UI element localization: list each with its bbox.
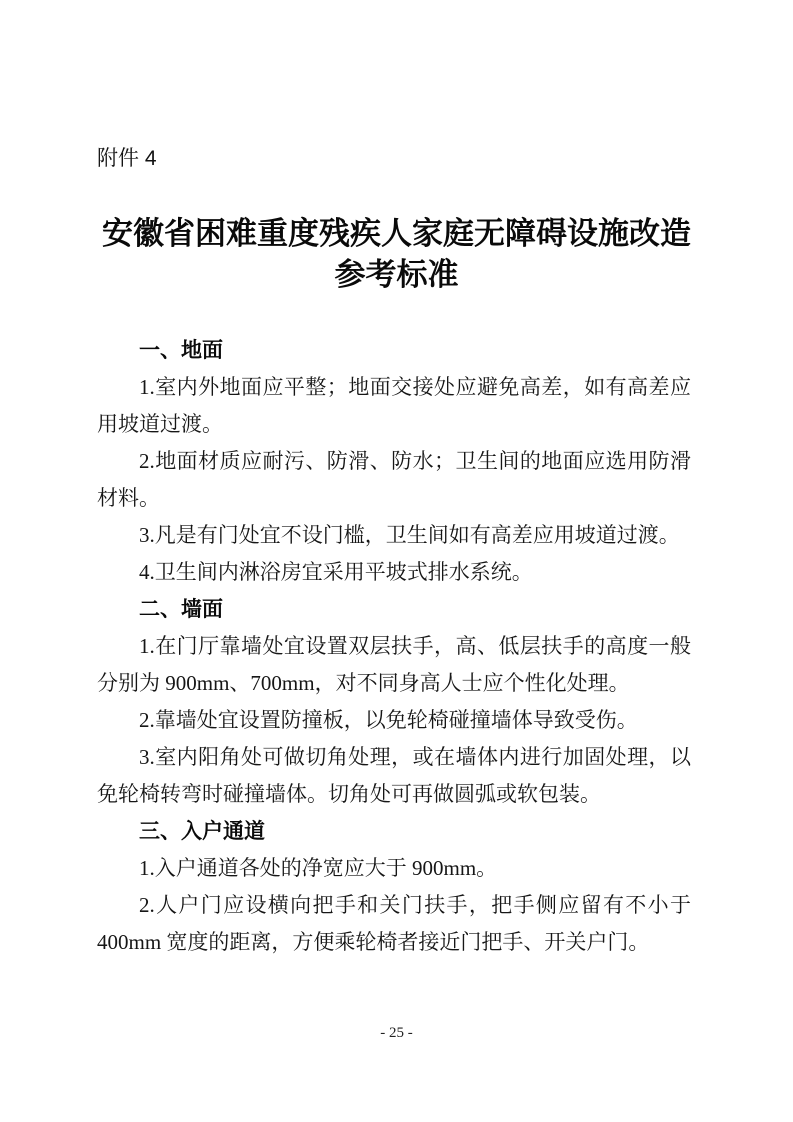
document-body: 一、地面 1.室内外地面应平整；地面交接处应避免高差，如有高差应用坡道过渡。 2…: [97, 332, 691, 961]
document-title-line2: 参考标准: [60, 254, 733, 295]
body-paragraph: 2.地面材质应耐污、防滑、防水；卫生间的地面应选用防滑材料。: [97, 443, 691, 517]
attachment-label: 附件 4: [97, 146, 157, 171]
body-paragraph: 2.靠墙处宜设置防撞板，以免轮椅碰撞墙体导致受伤。: [97, 702, 691, 739]
body-paragraph: 1.在门厅靠墙处宜设置双层扶手，高、低层扶手的高度一般分别为 900mm、700…: [97, 628, 691, 702]
document-title: 安徽省困难重度残疾人家庭无障碍设施改造 参考标准: [60, 213, 733, 295]
body-paragraph: 1.室内外地面应平整；地面交接处应避免高差，如有高差应用坡道过渡。: [97, 369, 691, 443]
section-heading-floor: 一、地面: [97, 332, 691, 369]
body-paragraph: 2.人户门应设横向把手和关门扶手，把手侧应留有不小于 400mm 宽度的距离，方…: [97, 887, 691, 961]
section-heading-entrance: 三、入户通道: [97, 813, 691, 850]
body-paragraph: 3.凡是有门处宜不设门槛，卫生间如有高差应用坡道过渡。: [97, 517, 691, 554]
body-paragraph: 1.入户通道各处的净宽应大于 900mm。: [97, 850, 691, 887]
document-title-line1: 安徽省困难重度残疾人家庭无障碍设施改造: [60, 213, 733, 254]
body-paragraph: 4.卫生间内淋浴房宜采用平坡式排水系统。: [97, 554, 691, 591]
document-page: 附件 4 安徽省困难重度残疾人家庭无障碍设施改造 参考标准 一、地面 1.室内外…: [0, 0, 793, 1122]
body-paragraph: 3.室内阳角处可做切角处理，或在墙体内进行加固处理，以免轮椅转弯时碰撞墙体。切角…: [97, 739, 691, 813]
page-number: - 25 -: [0, 1024, 793, 1042]
section-heading-wall: 二、墙面: [97, 591, 691, 628]
